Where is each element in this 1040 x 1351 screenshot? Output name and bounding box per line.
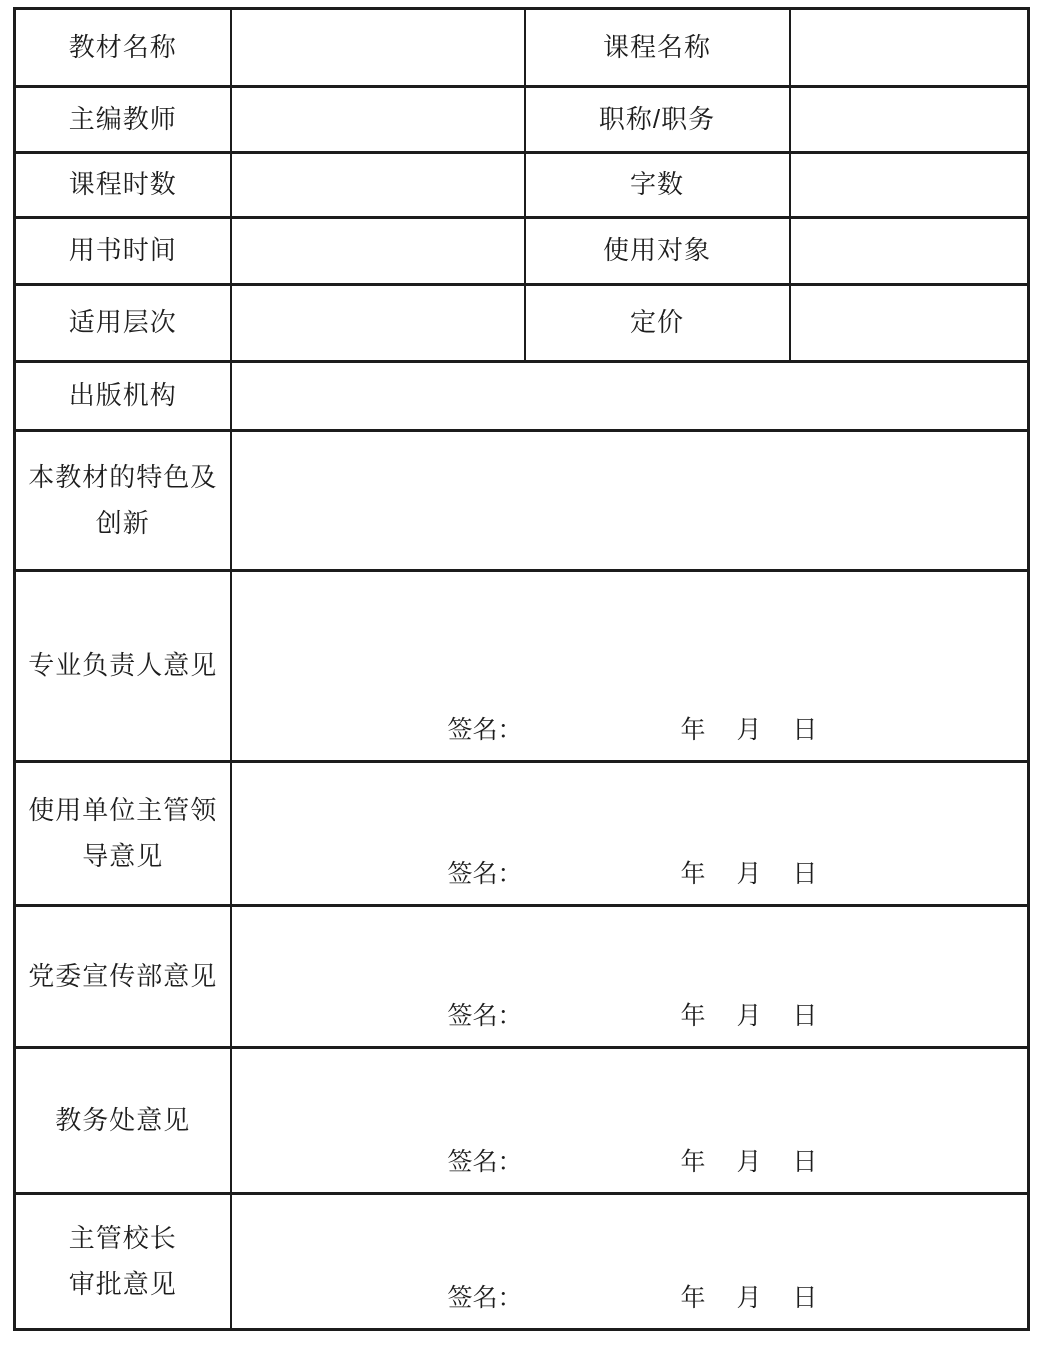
table-row: 教材名称 课程名称 (15, 9, 1029, 87)
label-course-name: 课程名称 (525, 9, 790, 87)
field-target-users[interactable] (790, 218, 1029, 285)
textbook-approval-form-table: 教材名称 课程名称 主编教师 职称/职务 课程时数 字数 用书时间 使用对象 适… (13, 7, 1030, 1331)
field-features-innovation[interactable] (231, 431, 1029, 571)
field-textbook-name[interactable] (231, 9, 525, 87)
table-row: 党委宣传部意见 签名： 年 月 日 (15, 906, 1029, 1048)
table-row: 教务处意见 签名： 年 月 日 (15, 1048, 1029, 1194)
field-word-count[interactable] (790, 153, 1029, 218)
label-program-director-opinion: 专业负责人意见 (15, 571, 231, 762)
table-row: 主编教师 职称/职务 (15, 87, 1029, 153)
sign-label: 签名： (448, 1282, 523, 1315)
table-row: 本教材的特色及 创新 (15, 431, 1029, 571)
field-program-director-opinion[interactable]: 签名： 年 月 日 (231, 571, 1029, 762)
label-course-hours: 课程时数 (15, 153, 231, 218)
signature-line: 签名： 年 月 日 (232, 714, 1028, 761)
field-president-approval-opinion[interactable]: 签名： 年 月 日 (231, 1194, 1029, 1330)
date-label: 年 月 日 (681, 1282, 818, 1315)
field-employer-leader-opinion[interactable]: 签名： 年 月 日 (231, 762, 1029, 906)
signature-line: 签名： 年 月 日 (232, 858, 1028, 905)
table-row: 适用层次 定价 (15, 285, 1029, 362)
date-label: 年 月 日 (681, 1000, 818, 1033)
table-row: 出版机构 (15, 362, 1029, 431)
field-book-use-time[interactable] (231, 218, 525, 285)
sign-label: 签名： (448, 714, 523, 747)
label-book-use-time: 用书时间 (15, 218, 231, 285)
field-course-name[interactable] (790, 9, 1029, 87)
label-title-position: 职称/职务 (525, 87, 790, 153)
field-price[interactable] (790, 285, 1029, 362)
signature-line: 签名： 年 月 日 (232, 1146, 1028, 1193)
date-label: 年 月 日 (681, 1146, 818, 1179)
label-textbook-name: 教材名称 (15, 9, 231, 87)
label-applicable-level: 适用层次 (15, 285, 231, 362)
label-word-count: 字数 (525, 153, 790, 218)
label-propaganda-dept-opinion: 党委宣传部意见 (15, 906, 231, 1048)
table-row: 用书时间 使用对象 (15, 218, 1029, 285)
label-price: 定价 (525, 285, 790, 362)
table-row: 主管校长 审批意见 签名： 年 月 日 (15, 1194, 1029, 1330)
table-row: 课程时数 字数 (15, 153, 1029, 218)
sign-label: 签名： (448, 1146, 523, 1179)
signature-line: 签名： 年 月 日 (232, 1000, 1028, 1047)
label-president-approval-opinion: 主管校长 审批意见 (15, 1194, 231, 1330)
label-academic-affairs-opinion: 教务处意见 (15, 1048, 231, 1194)
field-propaganda-dept-opinion[interactable]: 签名： 年 月 日 (231, 906, 1029, 1048)
label-features-innovation: 本教材的特色及 创新 (15, 431, 231, 571)
label-chief-editor: 主编教师 (15, 87, 231, 153)
date-label: 年 月 日 (681, 714, 818, 747)
signature-line: 签名： 年 月 日 (232, 1282, 1028, 1329)
field-academic-affairs-opinion[interactable]: 签名： 年 月 日 (231, 1048, 1029, 1194)
sign-label: 签名： (448, 1000, 523, 1033)
sign-label: 签名： (448, 858, 523, 891)
label-employer-leader-opinion: 使用单位主管领 导意见 (15, 762, 231, 906)
table-row: 专业负责人意见 签名： 年 月 日 (15, 571, 1029, 762)
form-page: 教材名称 课程名称 主编教师 职称/职务 课程时数 字数 用书时间 使用对象 适… (0, 0, 1040, 1351)
date-label: 年 月 日 (681, 858, 818, 891)
table-row: 使用单位主管领 导意见 签名： 年 月 日 (15, 762, 1029, 906)
field-chief-editor[interactable] (231, 87, 525, 153)
field-title-position[interactable] (790, 87, 1029, 153)
field-publisher[interactable] (231, 362, 1029, 431)
label-target-users: 使用对象 (525, 218, 790, 285)
label-publisher: 出版机构 (15, 362, 231, 431)
field-applicable-level[interactable] (231, 285, 525, 362)
field-course-hours[interactable] (231, 153, 525, 218)
